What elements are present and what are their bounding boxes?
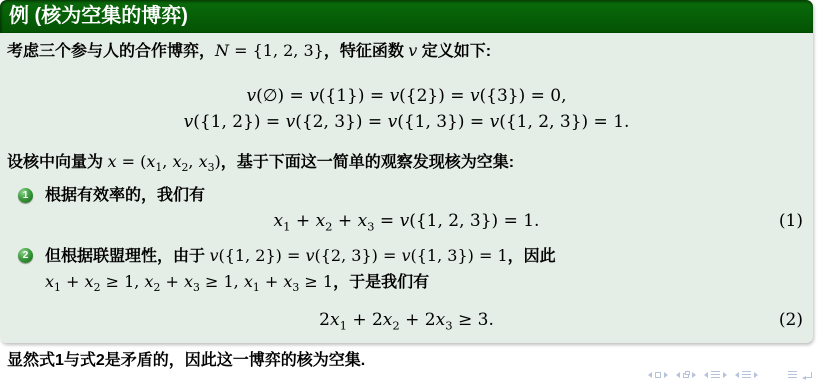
prev-section-icon[interactable] bbox=[704, 372, 708, 378]
frame-nav-group bbox=[676, 371, 696, 378]
item-1-text: 根据有效率的，我们有 bbox=[45, 185, 205, 207]
beamer-slide: 例 (核为空集的博弈) 考虑三个参与人的合作博弈，N = {1, 2, 3}，特… bbox=[0, 0, 818, 384]
display-equation-line-1: v(∅) = v({1}) = v({2}) = v({3}) = 0, bbox=[0, 84, 813, 108]
example-block: 例 (核为空集的博弈) 考虑三个参与人的合作博弈，N = {1, 2, 3}，特… bbox=[0, 0, 813, 343]
section-nav-group bbox=[704, 371, 727, 378]
overlay-frames-icon[interactable] bbox=[683, 373, 689, 378]
subsection-list-icon[interactable] bbox=[742, 371, 751, 378]
prev-slide-icon[interactable] bbox=[648, 372, 652, 378]
next-slide-icon[interactable] bbox=[664, 372, 668, 378]
frame-icon[interactable] bbox=[655, 372, 661, 378]
next-frame-icon[interactable] bbox=[692, 372, 696, 378]
display-equation-line-2: v({1, 2}) = v({2, 3}) = v({1, 3}) = v({1… bbox=[0, 110, 813, 134]
prev-subsection-icon[interactable] bbox=[735, 372, 739, 378]
section-list-icon[interactable] bbox=[711, 371, 720, 378]
block-title-bar: 例 (核为空集的博弈) bbox=[0, 0, 813, 33]
equation-2-row: 2x1 + 2x2 + 2x3 ≥ 3. (2) bbox=[0, 308, 813, 332]
intro-paragraph: 考虑三个参与人的合作博弈，N = {1, 2, 3}，特征函数 v 定义如下: bbox=[7, 40, 491, 63]
block-title-text: 例 (核为空集的博弈) bbox=[9, 5, 188, 27]
observation-paragraph: 设核中向量为 x = (x1, x2, x3)，基于下面这一简单的观察发现核为空… bbox=[7, 151, 514, 174]
subsection-nav-group bbox=[735, 371, 758, 378]
enumerate-ball-1: 1 bbox=[18, 188, 33, 203]
enumerate-ball-2: 2 bbox=[18, 248, 33, 263]
equation-1-number: (1) bbox=[779, 209, 803, 233]
next-subsection-icon[interactable] bbox=[754, 372, 758, 378]
equation-2-number: (2) bbox=[779, 308, 803, 332]
item-2-line-2: x1 + x2 ≥ 1, x2 + x3 ≥ 1, x1 + x3 ≥ 1，于是… bbox=[45, 271, 429, 294]
equation-1: x1 + x2 + x3 = v({1, 2, 3}) = 1. bbox=[274, 211, 540, 231]
slide-nav-group bbox=[648, 372, 668, 378]
prev-frame-icon[interactable] bbox=[676, 372, 680, 378]
equation-2: 2x1 + 2x2 + 2x3 ≥ 3. bbox=[319, 310, 494, 330]
back-icon[interactable] bbox=[805, 372, 812, 378]
beamer-navigation-bar bbox=[648, 371, 812, 378]
equation-1-row: x1 + x2 + x3 = v({1, 2, 3}) = 1. (1) bbox=[0, 209, 813, 233]
toc-icon[interactable] bbox=[788, 371, 797, 378]
item-2-line-1: 但根据联盟理性，由于 v({1, 2}) = v({2, 3}) = v({1,… bbox=[45, 245, 556, 268]
conclusion-text: 显然式1与式2是矛盾的，因此这一博弈的核为空集. bbox=[7, 350, 365, 372]
next-section-icon[interactable] bbox=[723, 372, 727, 378]
